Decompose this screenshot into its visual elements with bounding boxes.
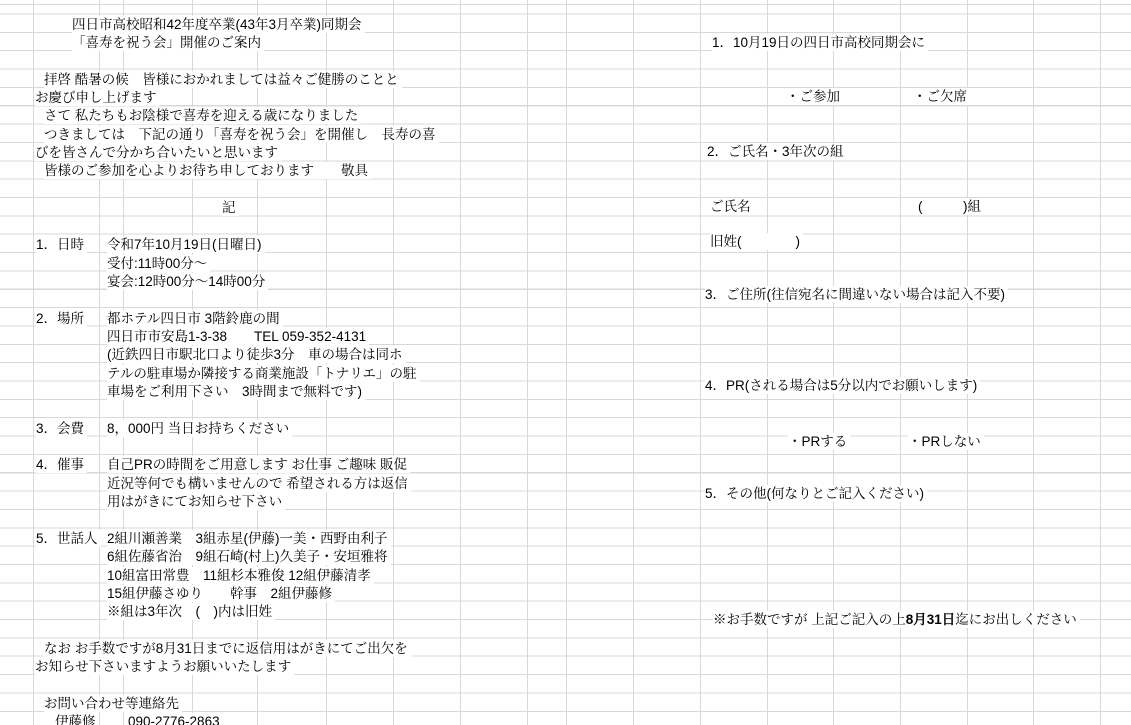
item-event-line: 自己PRの時間をご用意します お仕事 ご趣味 販促 — [107, 456, 410, 473]
item-place-line: (近鉄四日市駅北口より徒歩3分 車の場合は同ホ — [107, 346, 406, 363]
deadline-note-prefix: ※お手数ですが 上記ご記入の上 — [713, 612, 906, 627]
item-fee-label: 3．会費 — [36, 420, 87, 437]
closing-line: なお お手数ですが8月31日までに返信用はがきにてご出欠を — [44, 640, 411, 657]
deadline-note: ※お手数ですが 上記ご記入の上8月31日迄にお出しください — [713, 611, 1080, 628]
maiden-name-label: 旧姓( ) — [710, 233, 803, 250]
name-label: ご氏名 — [710, 198, 754, 215]
absent-option: ・ご欠席 — [913, 88, 970, 105]
reply-q5-label: 5．その他(何なりとご記入ください) — [705, 485, 927, 502]
item-event-line: 近況等何でも構いませんので 希望される方は返信 — [107, 475, 411, 492]
reply-q1-label: 1．10月19日の四日市高校同期会に — [712, 34, 928, 51]
contact-phone: 090-2776-2863 — [128, 713, 223, 725]
pr-yes-option: ・PRする — [788, 433, 850, 450]
item-fee-line: 8，000円 当日お持ちください — [107, 420, 292, 437]
deadline-note-suffix: 迄にお出しください — [955, 612, 1077, 627]
spreadsheet-gridline — [460, 0, 461, 725]
spreadsheet-gridline — [700, 0, 701, 725]
reply-q3-label: 3．ご住所(往信宛名に間違いない場合は記入不要) — [705, 286, 1008, 303]
attend-option: ・ご参加 — [786, 88, 843, 105]
closing-line: お知らせ下さいますようお願いいたします — [35, 658, 294, 675]
item-organizers-line: 10組富田常豊 11組杉本雅俊 12組伊藤清孝 — [107, 567, 374, 584]
item-place-line: 車場をご利用下さい 3時間まで無料です) — [107, 383, 365, 400]
record-mark: 記 — [222, 199, 239, 216]
spreadsheet-gridline — [1100, 0, 1101, 725]
letter-title-line2: 「喜寿を祝う会」開催のご案内 — [72, 34, 264, 51]
item-datetime-line: 受付:11時00分～ — [107, 255, 210, 272]
spreadsheet-gridline — [33, 0, 34, 725]
item-event-label: 4．催事 — [36, 456, 87, 473]
greeting-line: 皆様のご参加を心よりお待ち申しております 敬具 — [44, 162, 371, 179]
item-event-line: 用はがきにてお知らせ下さい — [107, 493, 285, 510]
item-datetime-line: 令和7年10月19日(日曜日) — [107, 236, 265, 253]
item-organizers-line: 6組佐藤省治 9組石崎(村上)久美子・安垣雅将 — [107, 548, 391, 565]
item-organizers-line: 2組川瀬善業 3組赤星(伊藤)一美・西野由利子 — [107, 530, 391, 547]
greeting-line: びを皆さんで分かち合いたいと思います — [35, 144, 281, 161]
pr-no-option: ・PRしない — [908, 433, 984, 450]
reply-q4-label: 4．PR(される場合は5分以内でお願いします) — [705, 377, 980, 394]
greeting-line: つきましては 下記の通り「喜寿を祝う会」を開催し 長寿の喜 — [44, 126, 439, 143]
contact-name: 伊藤修 — [55, 713, 99, 725]
spreadsheet-gridline — [527, 0, 528, 725]
item-place-label: 2．場所 — [36, 310, 87, 327]
spreadsheet-grid[interactable]: 四日市高校昭和42年度卒業(43年3月卒業)同期会 「喜寿を祝う会」開催のご案内… — [0, 0, 1131, 725]
spreadsheet-gridline — [633, 0, 634, 725]
item-place-line: 都ホテル四日市 3階鈴鹿の間 — [107, 310, 283, 327]
greeting-line: 拝啓 酷暑の候 皆様におかれましては益々ご健勝のことと — [44, 71, 402, 88]
greeting-line: さて 私たちもお陰様で喜寿を迎える歳になりました — [44, 107, 361, 124]
item-datetime-line: 宴会:12時00分～14時00分 — [107, 273, 268, 290]
item-organizers-line: 15組伊藤さゆり 幹事 2組伊藤修 — [107, 585, 335, 602]
spreadsheet-gridline — [566, 0, 567, 725]
item-place-line: テルの駐車場か隣接する商業施設「トナリエ」の駐 — [107, 365, 420, 382]
greeting-line: お慶び申し上げます — [35, 89, 160, 106]
deadline-note-date: 8月31日 — [906, 612, 956, 627]
reply-q2-label: 2．ご氏名・3年次の組 — [707, 143, 847, 160]
letter-title-line1: 四日市高校昭和42年度卒業(43年3月卒業)同期会 — [72, 16, 365, 33]
item-organizers-label: 5．世話人 — [36, 530, 101, 547]
class-blank: ( )組 — [918, 198, 984, 215]
item-place-line: 四日市市安島1-3-38 TEL 059-352-4131 — [107, 328, 369, 345]
item-datetime-label: 1．日時 — [36, 236, 87, 253]
contact-heading: お問い合わせ等連絡先 — [44, 695, 182, 712]
item-organizers-line: ※組は3年次 ( )内は旧姓 — [107, 603, 275, 620]
